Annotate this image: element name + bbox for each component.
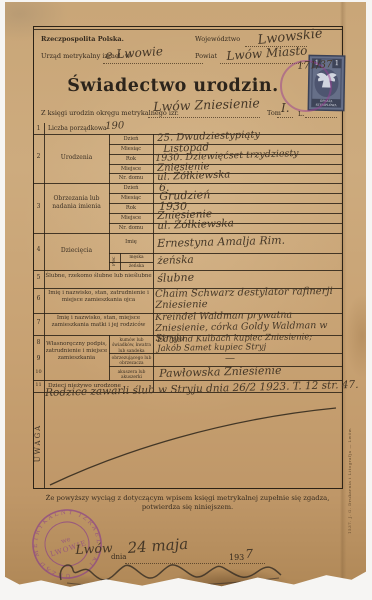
office-rule — [103, 62, 203, 64]
subrow-line — [109, 164, 342, 165]
naming-place-label: Miejsce — [109, 215, 153, 222]
row-number: 2 — [33, 153, 44, 160]
row-number: 5 — [33, 274, 44, 281]
row-line — [33, 183, 342, 184]
remark-strike-line — [44, 392, 342, 488]
birth-year-label: Rok — [109, 156, 153, 163]
naming-day-label: Dzień — [109, 185, 153, 192]
file-number-handwriting: 171/37 — [297, 59, 333, 72]
witnesses-sublabel: kumów lub świadków, kwatra lub sandeka — [110, 338, 153, 354]
birth-place-label: Miejsce — [109, 166, 153, 173]
ordinal-handwriting: 190 — [105, 120, 124, 132]
father-handwriting: Chaim Schwarz destylator rafinerji Znies… — [155, 286, 339, 311]
circumciser-handwriting: — — [225, 353, 235, 364]
subrow-line — [109, 144, 342, 145]
row-number: 9 — [33, 355, 44, 362]
subrow-line — [109, 193, 342, 194]
col-line-sublabel — [109, 134, 110, 270]
birth-house-label: Nr. domu — [109, 175, 153, 182]
naming-row-label: Obrzezania lub nadania imienia — [44, 195, 109, 210]
row-line — [33, 233, 342, 234]
certificate-paper: Rzeczpospolita Polska. Urząd metrykalny … — [5, 2, 366, 588]
legitimacy-label: Ślubne, rzekomo ślubne lub nieślubne — [44, 273, 153, 280]
naming-house-label: Nr. domu — [109, 225, 153, 232]
row-number: 3 — [33, 203, 44, 210]
volume-rule — [277, 116, 293, 118]
child-sex-handwriting: żeńska — [157, 254, 194, 267]
midwife-sublabel: akuszera lub akuszerki — [110, 370, 153, 381]
father-label: Imię i nazwisko, stan, zatrudnienie i mi… — [44, 290, 153, 304]
circumciser-sublabel: obrzezującego lub obrzezacza — [110, 356, 153, 367]
form-table: 1 2 3 4 5 6 7 8 9 10 11 Liczba porządkow… — [33, 123, 342, 488]
mother-label: Imię i nazwisko, stan, miejsce zamieszka… — [44, 315, 153, 329]
child-sex-label: Płeć — [109, 253, 120, 270]
screenshot-root: Rzeczpospolita Polska. Urząd metrykalny … — [0, 0, 372, 600]
child-row-label: Dziecięcia — [44, 247, 109, 255]
child-name-label: Imię — [109, 239, 153, 246]
sex-option-male: męska — [120, 255, 153, 261]
row-number: 8 — [33, 339, 44, 346]
place-handwriting: Lwów — [75, 540, 113, 557]
col-line-value — [153, 134, 154, 392]
date-handwriting: 24 maja — [127, 535, 189, 557]
midwife-handwriting: Pawłowska Zniesienie — [159, 364, 282, 380]
province-label: Województwo — [195, 35, 240, 43]
birth-row-label: Urodzenia — [44, 154, 109, 162]
naming-house-handwriting: ul. Żółkiewska — [157, 217, 234, 232]
document-title: Świadectwo urodzin. — [33, 76, 313, 96]
row-number: 11 — [33, 382, 44, 388]
revenue-stamp-denomination-right: 1 — [333, 59, 340, 67]
row-number: 6 — [33, 295, 44, 302]
register-rule — [148, 116, 260, 118]
row-number: 4 — [33, 246, 44, 253]
signature — [55, 558, 285, 588]
subrow-line — [109, 203, 342, 204]
country-label: Rzeczpospolita Polska. — [41, 35, 124, 43]
subrow-line — [109, 213, 342, 214]
birth-month-label: Miesiąc — [109, 146, 153, 153]
printer-imprint: 1537. J. G. Drukarnia i Litografja — Lwó… — [347, 414, 352, 534]
ordinal-label: Liczba porządkowa — [48, 125, 107, 132]
witnesses-handwriting: Edmund Kulbach kupiec Zniesienie; Jakób … — [157, 333, 339, 353]
naming-year-label: Rok — [109, 205, 153, 212]
remark-row-label: UWAGA — [34, 403, 44, 483]
legitimacy-handwriting: ślubne — [157, 271, 194, 285]
row-number: 7 — [33, 319, 44, 326]
birth-day-label: Dzień — [109, 136, 153, 143]
row-number: 10 — [33, 369, 44, 375]
naming-month-label: Miesiąc — [109, 195, 153, 202]
row-number: 1 — [33, 125, 44, 132]
child-name-handwriting: Ernestyna Amalja Rim. — [157, 234, 285, 250]
page-rule — [305, 116, 337, 118]
district-label: Powiat — [195, 52, 217, 60]
sex-option-female: żeńska — [120, 264, 153, 270]
signatures-block-label: Własnoręczny podpis, zatrudnienie i miej… — [44, 341, 109, 362]
